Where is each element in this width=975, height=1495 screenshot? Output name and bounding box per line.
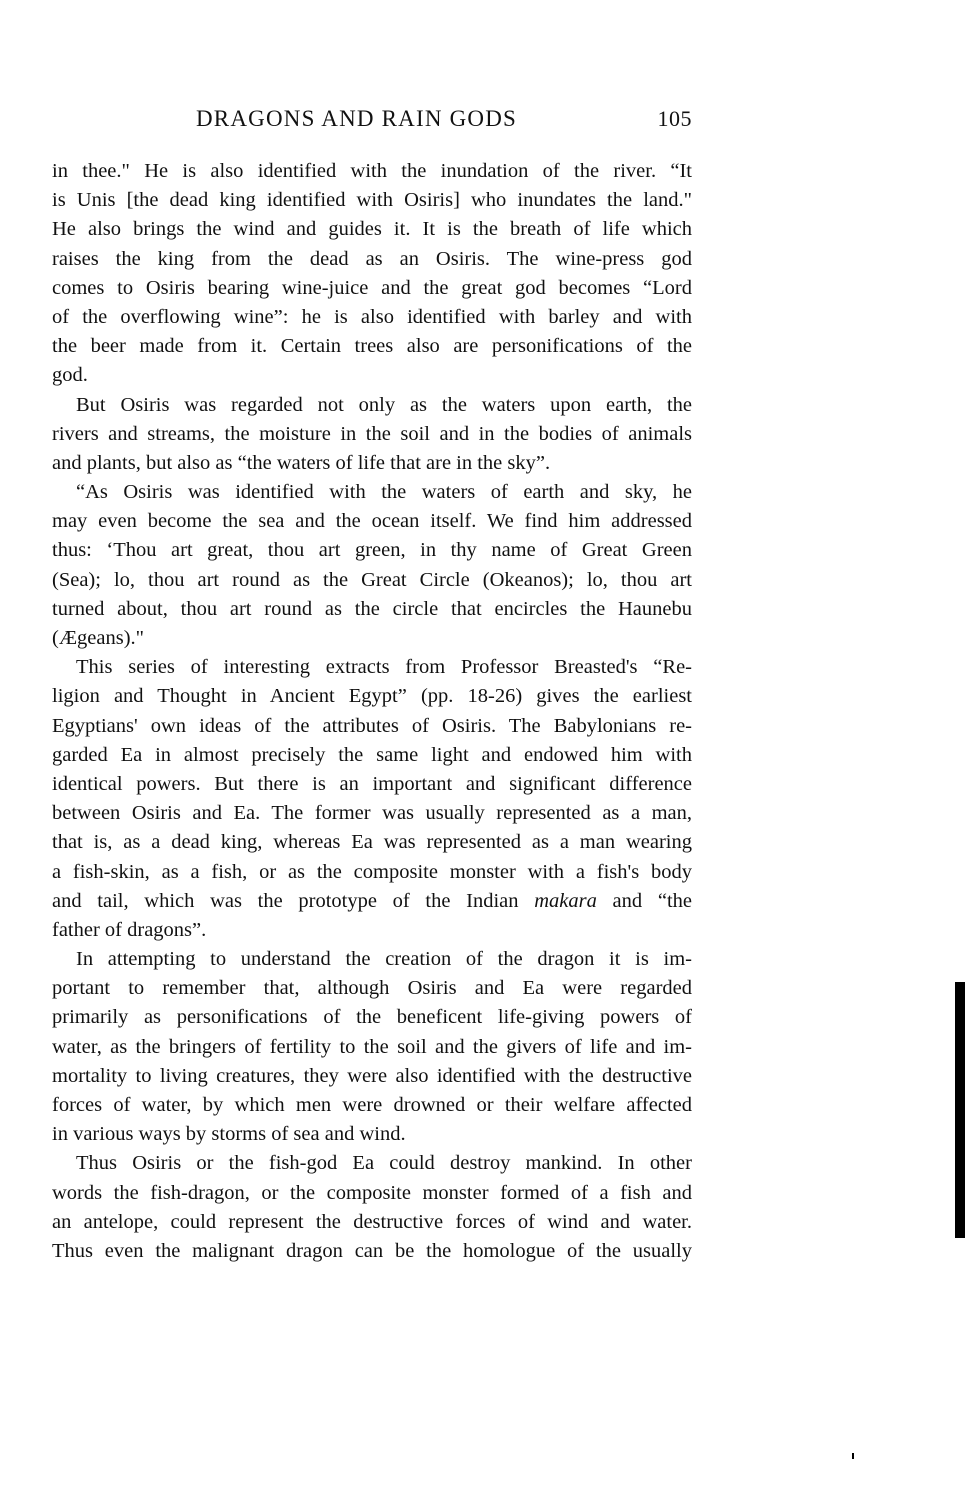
paragraph-start: In attempting to understand the creation… (52, 945, 692, 974)
body-text: in thee." He is also identified with the… (52, 157, 692, 1266)
paragraph-start: “As Osiris was identified with the water… (52, 478, 692, 507)
text-line: in thee." He is also identified with the… (52, 157, 692, 186)
text-line: rivers and streams, the moisture in the … (52, 420, 692, 449)
text-segment: and “the (597, 890, 692, 912)
paragraph-start: This series of interesting extracts from… (52, 653, 692, 682)
text-line: garded Ea in almost precisely the same l… (52, 741, 692, 770)
text-line: (Ægeans)." (52, 624, 692, 653)
text-segment: and tail, which was the prototype of the… (52, 890, 534, 912)
text-line: raises the king from the dead as an Osir… (52, 245, 692, 274)
text-line: portant to remember that, although Osiri… (52, 974, 692, 1003)
paragraph-start: But Osiris was regarded not only as the … (52, 391, 692, 420)
text-line: water, as the bringers of fertility to t… (52, 1033, 692, 1062)
text-line: god. (52, 361, 692, 390)
text-line: in various ways by storms of sea and win… (52, 1120, 692, 1149)
text-line: turned about, thou art round as the circ… (52, 595, 692, 624)
text-line: (Sea); lo, thou art round as the Great C… (52, 566, 692, 595)
scan-speck (852, 1453, 854, 1459)
text-line: words the fish-dragon, or the composite … (52, 1179, 692, 1208)
text-line: forces of water, by which men were drown… (52, 1091, 692, 1120)
text-line: father of dragons”. (52, 916, 692, 945)
text-line: the beer made from it. Certain trees als… (52, 332, 692, 361)
text-line: that is, as a dead king, whereas Ea was … (52, 828, 692, 857)
running-head: DRAGONS AND RAIN GODS 105 (196, 106, 692, 140)
text-line: may even become the sea and the ocean it… (52, 507, 692, 536)
italic-term-makara: makara (534, 890, 597, 912)
text-line: of the overflowing wine”: he is also ide… (52, 303, 692, 332)
paragraph-start: Thus Osiris or the fish-god Ea could des… (52, 1149, 692, 1178)
book-page: DRAGONS AND RAIN GODS 105 in thee." He i… (0, 0, 975, 1495)
text-line: between Osiris and Ea. The former was us… (52, 799, 692, 828)
text-line: identical powers. But there is an import… (52, 770, 692, 799)
text-line: comes to Osiris bearing wine-juice and t… (52, 274, 692, 303)
text-line: Egyptians' own ideas of the attributes o… (52, 712, 692, 741)
text-line: and tail, which was the prototype of the… (52, 887, 692, 916)
text-line: an antelope, could represent the destruc… (52, 1208, 692, 1237)
text-line: He also brings the wind and guides it. I… (52, 215, 692, 244)
text-line: ligion and Thought in Ancient Egypt” (pp… (52, 682, 692, 711)
text-line: and plants, but also as “the waters of l… (52, 449, 692, 478)
text-line: a fish-skin, as a fish, or as the compos… (52, 858, 692, 887)
text-line: mortality to living creatures, they were… (52, 1062, 692, 1091)
page-number: 105 (658, 106, 693, 132)
scan-margin-bar (955, 982, 965, 1238)
text-line: primarily as personifications of the ben… (52, 1003, 692, 1032)
text-line: is Unis [the dead king identified with O… (52, 186, 692, 215)
text-line: Thus even the malignant dragon can be th… (52, 1237, 692, 1266)
running-title: DRAGONS AND RAIN GODS (196, 106, 517, 132)
text-line: thus: ‘Thou art great, thou art green, i… (52, 536, 692, 565)
